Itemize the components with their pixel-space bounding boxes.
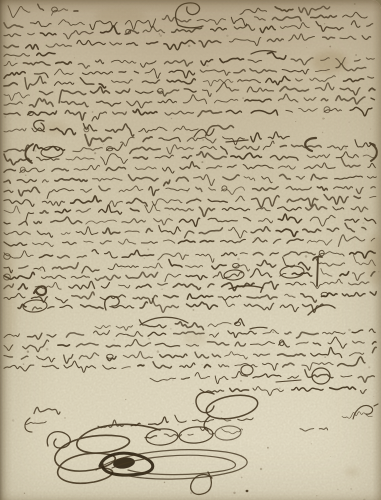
paper-speck — [188, 45, 191, 48]
paper-speck — [23, 363, 25, 365]
paper-grain — [0, 0, 381, 500]
handwriting-word — [200, 241, 214, 243]
paper-speck — [121, 268, 122, 269]
ink-dot — [246, 490, 249, 492]
paper-speck — [94, 152, 96, 154]
paper-speck — [305, 255, 308, 258]
paper-speck — [172, 379, 174, 381]
paper-speck — [279, 388, 280, 389]
paper-speck — [242, 97, 244, 99]
paper-speck — [40, 269, 42, 271]
paper-speck — [192, 309, 194, 311]
paper-speck — [324, 356, 326, 358]
paper-speck — [7, 187, 8, 188]
paper-speck — [260, 468, 262, 470]
paper-speck — [324, 118, 325, 119]
paper-speck — [177, 424, 179, 426]
paper-speck — [373, 396, 374, 397]
paper-speck — [148, 74, 149, 75]
paper-speck — [306, 47, 307, 48]
paper-speck — [12, 419, 14, 421]
paper-speck — [295, 121, 296, 122]
handwriting-word — [119, 72, 126, 73]
paper-speck — [201, 161, 203, 163]
handwriting-word — [138, 365, 144, 366]
paper-speck — [157, 350, 160, 353]
paper-speck — [159, 33, 160, 34]
paper-speck — [160, 34, 162, 36]
paper-speck — [348, 121, 349, 122]
paper-speck — [171, 118, 172, 119]
paper-speck — [378, 271, 379, 272]
paper-speck — [354, 3, 356, 5]
paper-stain — [345, 468, 359, 476]
paper-speck — [322, 132, 323, 133]
paper-speck — [367, 149, 368, 150]
paper-speck — [34, 150, 36, 152]
paper-speck — [350, 488, 352, 490]
paper-speck — [237, 258, 240, 261]
paper-speck — [267, 447, 269, 449]
paper-speck — [272, 331, 274, 333]
paper-speck — [170, 328, 171, 329]
paper-speck — [74, 57, 75, 58]
paper-speck — [15, 58, 16, 59]
paper-speck — [311, 443, 312, 444]
paper-speck — [337, 489, 338, 490]
paper-speck — [27, 350, 29, 352]
paper-speck — [144, 258, 145, 259]
paper-speck — [25, 175, 26, 176]
manuscript-ink-layer — [0, 0, 381, 500]
paper-speck — [193, 403, 194, 404]
paper-speck — [233, 492, 235, 494]
paper-speck — [206, 65, 208, 67]
paper-speck — [330, 456, 331, 457]
paper-speck — [148, 338, 150, 340]
paper-speck — [221, 411, 222, 412]
paper-speck — [24, 493, 25, 494]
paper-speck — [135, 254, 136, 255]
paper-speck — [240, 380, 242, 382]
paper-speck — [370, 128, 371, 129]
paper-speck — [345, 147, 348, 150]
paper-speck — [348, 329, 351, 332]
paper-speck — [201, 364, 202, 365]
paper-speck — [161, 288, 163, 290]
paper-speck — [4, 116, 6, 118]
paper-speck — [322, 118, 324, 120]
paper-speck — [103, 144, 104, 145]
paper-speck — [147, 248, 149, 250]
paper-speck — [368, 366, 370, 368]
paper-speck — [196, 197, 197, 198]
paper-speck — [324, 23, 325, 24]
paper-speck — [355, 54, 357, 56]
paper-speck — [226, 35, 228, 37]
paper-speck — [329, 46, 331, 48]
paper-speck — [92, 111, 94, 113]
paper-speck — [241, 477, 243, 479]
paper-speck — [125, 399, 126, 400]
paper-speck — [64, 417, 65, 418]
paper-speck — [46, 348, 49, 351]
paper-speck — [316, 495, 317, 496]
paper-speck — [362, 222, 364, 224]
paper-speck — [169, 214, 170, 215]
paper-speck — [202, 139, 204, 141]
paper-speck — [164, 482, 165, 483]
paper-speck — [114, 339, 115, 340]
manuscript-page — [0, 0, 381, 500]
